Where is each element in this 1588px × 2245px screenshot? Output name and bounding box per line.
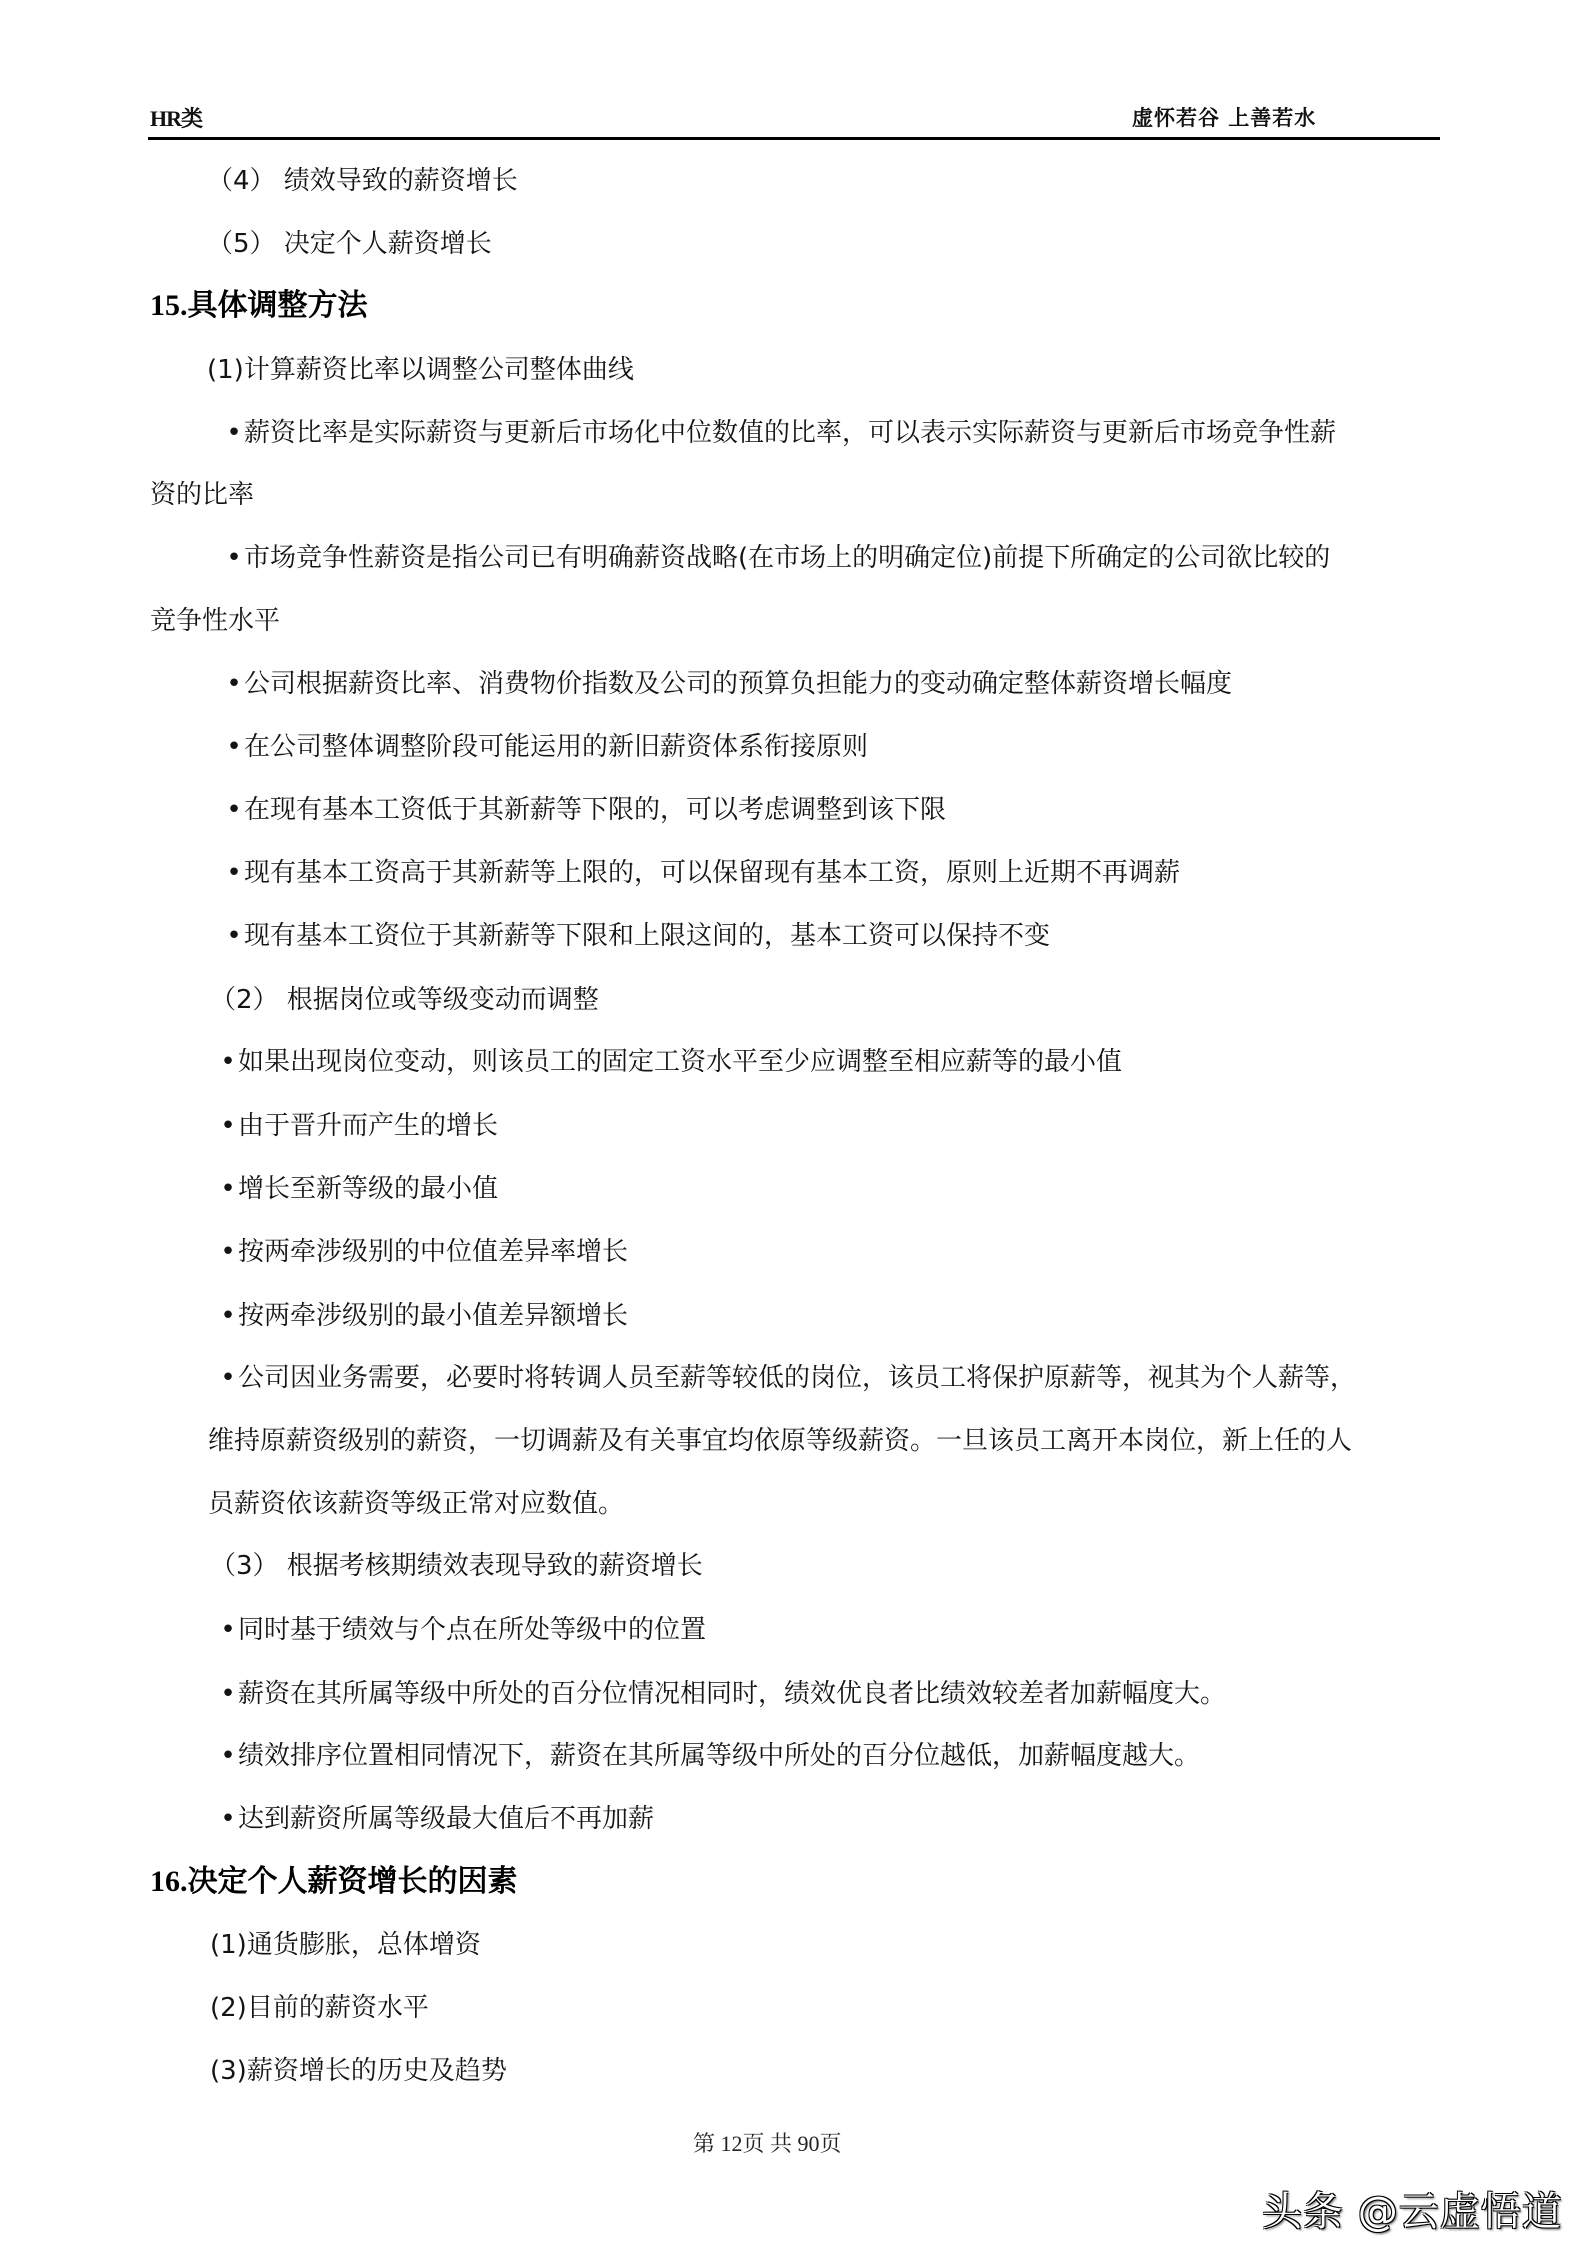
bullet-icon: • bbox=[218, 1173, 238, 1205]
bullet-item: •公司根据薪资比率、消费物价指数及公司的预算负担能力的变动确定整体薪资增长幅度 bbox=[224, 668, 1232, 700]
bullet-icon: • bbox=[218, 1110, 238, 1142]
continuation-text: 维持原薪资级别的薪资，一切调薪及有关事宜均依原等级薪资。一旦该员工离开本岗位，新… bbox=[208, 1425, 1352, 1457]
bullet-icon: • bbox=[218, 1740, 238, 1772]
bullet-text: 增长至新等级的最小值 bbox=[238, 1174, 498, 1204]
list-item: (1)通货膨胀，总体增资 bbox=[210, 1929, 481, 1961]
watermark: 头条 @云虚悟道 bbox=[1262, 2180, 1563, 2237]
bullet-item: •市场竞争性薪资是指公司已有明确薪资战略(在市场上的明确定位)前提下所确定的公司… bbox=[224, 542, 1330, 574]
list-item: （5） 决定个人薪资增长 bbox=[207, 228, 492, 260]
bullet-icon: • bbox=[224, 542, 244, 574]
bullet-icon: • bbox=[218, 1614, 238, 1646]
bullet-item: •现有基本工资位于其新薪等下限和上限这间的，基本工资可以保持不变 bbox=[224, 920, 1050, 952]
bullet-item: •达到薪资所属等级最大值后不再加薪 bbox=[218, 1803, 654, 1835]
subsection-heading: （3） 根据考核期绩效表现导致的薪资增长 bbox=[210, 1550, 703, 1582]
section-heading-15: 15.具体调整方法 bbox=[150, 290, 368, 322]
continuation-text: 员薪资依该薪资等级正常对应数值。 bbox=[208, 1488, 624, 1520]
bullet-item: •按两牵涉级别的最小值差异额增长 bbox=[218, 1300, 628, 1332]
bullet-text: 公司根据薪资比率、消费物价指数及公司的预算负担能力的变动确定整体薪资增长幅度 bbox=[244, 669, 1232, 699]
bullet-item: •绩效排序位置相同情况下，薪资在其所属等级中所处的百分位越低，加薪幅度越大。 bbox=[218, 1740, 1200, 1772]
list-item: (3)薪资增长的历史及趋势 bbox=[210, 2055, 507, 2087]
bullet-item: •增长至新等级的最小值 bbox=[218, 1173, 498, 1205]
bullet-icon: • bbox=[224, 668, 244, 700]
bullet-text: 同时基于绩效与个点在所处等级中的位置 bbox=[238, 1615, 706, 1645]
bullet-icon: • bbox=[218, 1046, 238, 1078]
bullet-icon: • bbox=[224, 417, 244, 449]
bullet-text: 薪资在其所属等级中所处的百分位情况相同时，绩效优良者比绩效较差者加薪幅度大。 bbox=[238, 1679, 1226, 1709]
section-number: 15. bbox=[150, 289, 188, 322]
bullet-item: •公司因业务需要，必要时将转调人员至薪等较低的岗位，该员工将保护原薪等，视其为个… bbox=[218, 1362, 1356, 1394]
bullet-item: •现有基本工资高于其新薪等上限的，可以保留现有基本工资，原则上近期不再调薪 bbox=[224, 857, 1180, 889]
bullet-icon: • bbox=[218, 1300, 238, 1332]
bullet-item: •薪资在其所属等级中所处的百分位情况相同时，绩效优良者比绩效较差者加薪幅度大。 bbox=[218, 1678, 1226, 1710]
bullet-icon: • bbox=[224, 920, 244, 952]
header-motto: 虚怀若谷 上善若水 bbox=[1132, 102, 1316, 132]
subsection-heading: (1)计算薪资比率以调整公司整体曲线 bbox=[207, 354, 634, 386]
bullet-text: 按两牵涉级别的中位值差异率增长 bbox=[238, 1237, 628, 1267]
bullet-item: •同时基于绩效与个点在所处等级中的位置 bbox=[218, 1614, 706, 1646]
bullet-text: 公司因业务需要，必要时将转调人员至薪等较低的岗位，该员工将保护原薪等，视其为个人… bbox=[238, 1363, 1356, 1393]
bullet-icon: • bbox=[218, 1678, 238, 1710]
list-item: (2)目前的薪资水平 bbox=[210, 1992, 429, 2024]
bullet-text: 按两牵涉级别的最小值差异额增长 bbox=[238, 1301, 628, 1331]
bullet-text: 在现有基本工资低于其新薪等下限的，可以考虑调整到该下限 bbox=[244, 795, 946, 825]
bullet-item: •在现有基本工资低于其新薪等下限的，可以考虑调整到该下限 bbox=[224, 794, 946, 826]
bullet-icon: • bbox=[218, 1236, 238, 1268]
bullet-item: •薪资比率是实际薪资与更新后市场化中位数值的比率，可以表示实际薪资与更新后市场竞… bbox=[224, 417, 1336, 449]
header-category: HR类 bbox=[150, 102, 202, 133]
bullet-item: •在公司整体调整阶段可能运用的新旧薪资体系衔接原则 bbox=[224, 731, 868, 763]
bullet-icon: • bbox=[224, 794, 244, 826]
bullet-text: 薪资比率是实际薪资与更新后市场化中位数值的比率，可以表示实际薪资与更新后市场竞争… bbox=[244, 418, 1336, 448]
bullet-item: •由于晋升而产生的增长 bbox=[218, 1110, 498, 1142]
section-title: 决定个人薪资增长的因素 bbox=[188, 1864, 518, 1899]
bullet-icon: • bbox=[224, 857, 244, 889]
section-number: 16. bbox=[150, 1865, 188, 1898]
header-divider bbox=[148, 137, 1440, 140]
bullet-item: •如果出现岗位变动，则该员工的固定工资水平至少应调整至相应薪等的最小值 bbox=[218, 1046, 1122, 1078]
bullet-item: •按两牵涉级别的中位值差异率增长 bbox=[218, 1236, 628, 1268]
bullet-text: 在公司整体调整阶段可能运用的新旧薪资体系衔接原则 bbox=[244, 732, 868, 762]
bullet-text: 现有基本工资位于其新薪等下限和上限这间的，基本工资可以保持不变 bbox=[244, 921, 1050, 951]
subsection-heading: （2） 根据岗位或等级变动而调整 bbox=[210, 984, 599, 1016]
section-heading-16: 16.决定个人薪资增长的因素 bbox=[150, 1866, 518, 1898]
section-title: 具体调整方法 bbox=[188, 288, 368, 323]
continuation-text: 竞争性水平 bbox=[150, 605, 280, 637]
bullet-icon: • bbox=[218, 1362, 238, 1394]
bullet-text: 市场竞争性薪资是指公司已有明确薪资战略(在市场上的明确定位)前提下所确定的公司欲… bbox=[244, 543, 1330, 573]
bullet-icon: • bbox=[218, 1803, 238, 1835]
bullet-text: 绩效排序位置相同情况下，薪资在其所属等级中所处的百分位越低，加薪幅度越大。 bbox=[238, 1741, 1200, 1771]
bullet-icon: • bbox=[224, 731, 244, 763]
list-item: （4） 绩效导致的薪资增长 bbox=[207, 165, 518, 197]
continuation-text: 资的比率 bbox=[150, 479, 254, 511]
page-number: 第 12页 共 90页 bbox=[693, 2127, 842, 2158]
bullet-text: 由于晋升而产生的增长 bbox=[238, 1111, 498, 1141]
bullet-text: 现有基本工资高于其新薪等上限的，可以保留现有基本工资，原则上近期不再调薪 bbox=[244, 858, 1180, 888]
bullet-text: 达到薪资所属等级最大值后不再加薪 bbox=[238, 1804, 654, 1834]
bullet-text: 如果出现岗位变动，则该员工的固定工资水平至少应调整至相应薪等的最小值 bbox=[238, 1047, 1122, 1077]
